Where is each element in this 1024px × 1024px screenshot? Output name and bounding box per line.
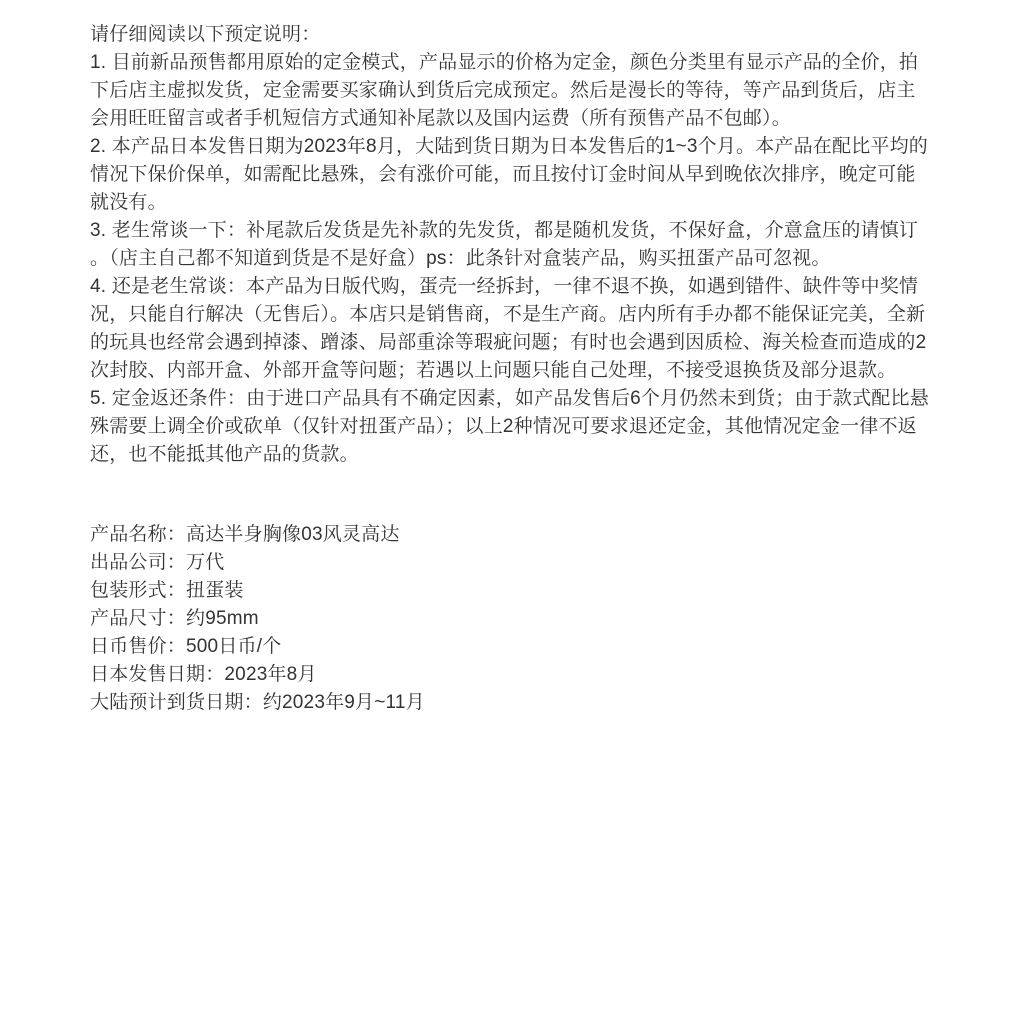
notice-paragraph-2: 2. 本产品日本发售日期为2023年8月，大陆到货日期为日本发售后的1~3个月。…	[90, 133, 934, 217]
product-info-label-japan-release-date: 日本发售日期：	[90, 664, 224, 685]
notice-title: 请仔细阅读以下预定说明：	[90, 21, 934, 49]
notice-paragraph-1: 1. 目前新品预售都用原始的定金模式，产品显示的价格为定金，颜色分类里有显示产品…	[90, 49, 934, 133]
product-info-value-company: 万代	[186, 552, 224, 573]
product-info-value-japan-release-date: 2023年8月	[224, 664, 316, 685]
product-info-label-name: 产品名称：	[90, 524, 186, 545]
notice-paragraph-4: 4. 还是老生常谈：本产品为日版代购，蛋壳一经拆封，一律不退不换，如遇到错件、缺…	[90, 273, 934, 385]
preorder-notice-document: 请仔细阅读以下预定说明： 1. 目前新品预售都用原始的定金模式，产品显示的价格为…	[0, 0, 1024, 1024]
notice-paragraph-5: 5. 定金返还条件：由于进口产品具有不确定因素，如产品发售后6个月仍然未到货；由…	[90, 385, 934, 469]
product-info-label-mainland-arrival-date: 大陆预计到货日期：	[90, 692, 263, 713]
product-info-row: 包装形式：扭蛋装	[90, 577, 934, 605]
product-info-label-size: 产品尺寸：	[90, 608, 186, 629]
product-info-row: 日本发售日期：2023年8月	[90, 661, 934, 689]
product-info-label-company: 出品公司：	[90, 552, 186, 573]
product-info-row: 产品名称：高达半身胸像03风灵高达	[90, 521, 934, 549]
product-info-label-price-jpy: 日币售价：	[90, 636, 186, 657]
product-info-row: 出品公司：万代	[90, 549, 934, 577]
product-info-row: 大陆预计到货日期：约2023年9月~11月	[90, 689, 934, 717]
product-info-row: 日币售价：500日币/个	[90, 633, 934, 661]
product-info-value-mainland-arrival-date: 约2023年9月~11月	[263, 692, 425, 713]
product-info-section: 产品名称：高达半身胸像03风灵高达 出品公司：万代 包装形式：扭蛋装 产品尺寸：…	[90, 521, 934, 717]
product-info-value-name: 高达半身胸像03风灵高达	[186, 524, 400, 545]
product-info-label-packaging: 包装形式：	[90, 580, 186, 601]
product-info-row: 产品尺寸：约95mm	[90, 605, 934, 633]
product-info-value-price-jpy: 500日币/个	[186, 636, 281, 657]
product-info-value-packaging: 扭蛋装	[186, 580, 244, 601]
notice-paragraph-3: 3. 老生常谈一下：补尾款后发货是先补款的先发货，都是随机发货，不保好盒，介意盒…	[90, 217, 934, 273]
product-info-value-size: 约95mm	[186, 608, 259, 629]
